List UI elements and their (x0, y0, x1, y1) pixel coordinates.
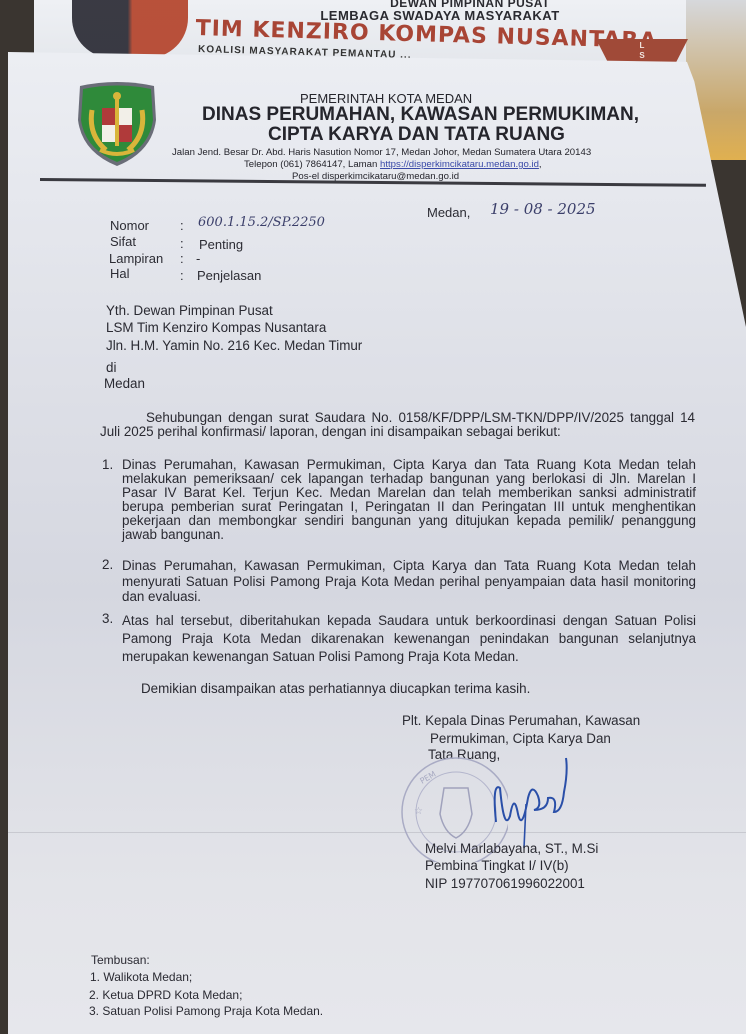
field-value-hal: Penjelasan (197, 268, 261, 283)
field-label-sifat: Sifat (110, 234, 136, 249)
list-item: 2. Dinas Perumahan, Kawasan Permukiman, … (102, 558, 698, 610)
field-value-lampiran: - (196, 251, 200, 266)
recipient-line2: LSM Tim Kenziro Kompas Nusantara (106, 321, 326, 334)
letterhead-agency-line1: DINAS PERUMAHAN, KAWASAN PERMUKIMAN, (202, 104, 639, 126)
letterhead-agency-line2: CIPTA KARYA DAN TATA RUANG (268, 124, 565, 146)
field-label-lampiran: Lampiran (109, 251, 163, 266)
cc-heading: Tembusan: (91, 953, 150, 968)
letter-place: Medan, (427, 205, 470, 220)
cc-item: 1. Walikota Medan; (90, 970, 192, 985)
medan-city-crest-icon (72, 80, 162, 168)
recipient-di: di (106, 361, 116, 374)
field-label-hal: Hal (110, 266, 130, 281)
website-link[interactable]: https://disperkimcikataru.medan.go.id (380, 159, 539, 170)
cc-item: 2. Ketua DPRD Kota Medan; (89, 988, 242, 1003)
field-value-nomor: 600.1.15.2/SP.2250 (198, 215, 325, 230)
svg-text:☆: ☆ (414, 806, 423, 817)
letter-date: 19 - 08 - 2025 (490, 200, 596, 218)
recipient-city: Medan (104, 377, 145, 390)
closing-paragraph: Demikian disampaikan atas perhatiannya d… (141, 682, 530, 695)
paper-fold-line (8, 832, 746, 833)
signatory-name: Melvi Marlabayana, ST., M.Si (425, 841, 598, 856)
signatory-title-line2: Permukiman, Cipta Karya Dan (430, 731, 611, 746)
cc-item: 3. Satuan Polisi Pamong Praja Kota Medan… (89, 1004, 323, 1019)
recipient-line3: Jln. H.M. Yamin No. 216 Kec. Medan Timur (106, 339, 362, 352)
field-value-sifat: Penting (199, 237, 243, 252)
signatory-title-line1: Plt. Kepala Dinas Perumahan, Kawasan (402, 713, 640, 728)
signature-icon (488, 752, 578, 852)
signatory-rank: Pembina Tingkat I/ IV(b) (425, 858, 569, 873)
field-label-nomor: Nomor (110, 218, 149, 233)
signatory-nip: NIP 197707061996022001 (425, 876, 585, 891)
lsm-emblem-logo (72, 0, 188, 58)
list-item: 1. Dinas Perumahan, Kawasan Permukiman, … (102, 458, 698, 558)
opening-paragraph: Sehubungan dengan surat Saudara No. 0158… (100, 411, 695, 438)
letterhead-address: Jalan Jend. Besar Dr. Abd. Haris Nasutio… (172, 147, 591, 158)
letterhead-phone: Telepon (061) 7864147, Laman https://dis… (244, 159, 542, 170)
recipient-line1: Yth. Dewan Pimpinan Pusat (106, 304, 273, 317)
list-item: 3. Atas hal tersebut, diberitahukan kepa… (102, 612, 698, 668)
